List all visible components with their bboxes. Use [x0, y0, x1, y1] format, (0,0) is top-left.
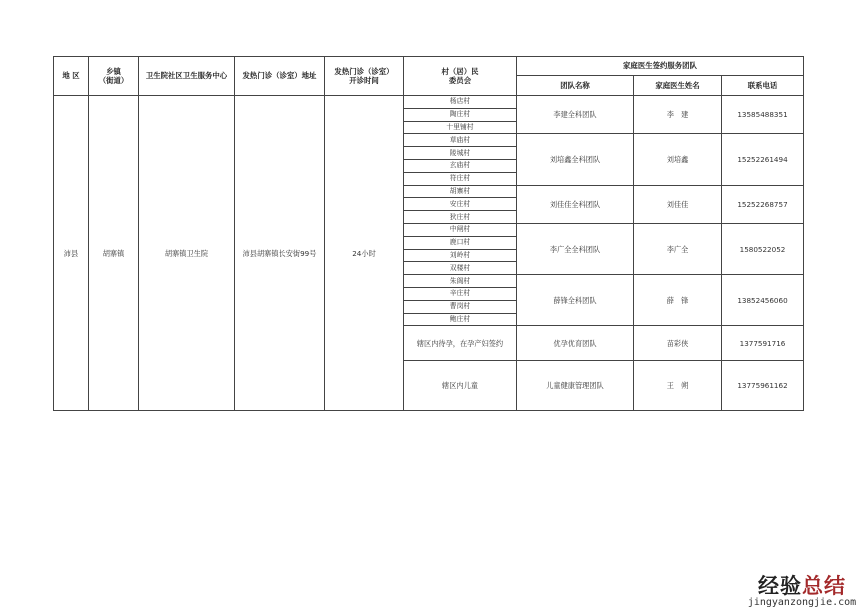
doctor-name-cell: 李 建 — [634, 96, 722, 134]
doctor-name-cell: 李广全 — [634, 223, 722, 274]
team-name-cell: 优孕优育团队 — [517, 326, 634, 361]
village-cell: 草庙村 — [404, 134, 517, 147]
header-village: 村（居）民 委员会 — [404, 57, 517, 96]
team-name-cell: 刘佳佳全科团队 — [517, 185, 634, 223]
doctor-name-cell: 苗彩侠 — [634, 326, 722, 361]
village-cell: 双楼村 — [404, 262, 517, 275]
phone-cell: 1377591716 — [722, 326, 804, 361]
watermark: 经验总结 jingyanzongjie.com — [742, 575, 862, 608]
village-cell: 安庄村 — [404, 198, 517, 211]
village-cell: 辛庄村 — [404, 287, 517, 300]
hospital-cell: 胡寨镇卫生院 — [139, 96, 235, 411]
village-cell: 杨店村 — [404, 96, 517, 109]
team-name-cell: 儿童健康管理团队 — [517, 361, 634, 411]
team-name-cell: 李建全科团队 — [517, 96, 634, 134]
village-cell: 中闸村 — [404, 223, 517, 236]
header-fever-address: 发热门诊（诊室）地址 — [235, 57, 325, 96]
header-township: 乡镇 （街道） — [89, 57, 139, 96]
village-cell: 曹岗村 — [404, 300, 517, 313]
phone-cell: 13775961162 — [722, 361, 804, 411]
village-cell: 胡寨村 — [404, 185, 517, 198]
fever-address-cell: 沛县胡寨镇长安街99号 — [235, 96, 325, 411]
header-fever-hours: 发热门诊（诊室） 开诊时间 — [325, 57, 404, 96]
village-cell: 鹿口村 — [404, 236, 517, 249]
header-team-name: 团队名称 — [517, 76, 634, 96]
village-cell: 符庄村 — [404, 172, 517, 185]
doctor-name-cell: 刘佳佳 — [634, 185, 722, 223]
village-cell: 辖区内儿童 — [404, 361, 517, 411]
phone-cell: 13852456060 — [722, 275, 804, 326]
village-cell: 刘岭村 — [404, 249, 517, 262]
village-cell: 朱阁村 — [404, 275, 517, 288]
team-name-cell: 薛锋全科团队 — [517, 275, 634, 326]
phone-cell: 13585488351 — [722, 96, 804, 134]
phone-cell: 1580522052 — [722, 223, 804, 274]
phone-cell: 15252261494 — [722, 134, 804, 185]
village-cell: 陵城村 — [404, 147, 517, 160]
doctor-name-cell: 薛 锋 — [634, 275, 722, 326]
header-region: 地 区 — [54, 57, 89, 96]
team-name-cell: 刘培鑫全科团队 — [517, 134, 634, 185]
family-doctor-table: 地 区 乡镇 （街道） 卫生院社区卫生服务中心 发热门诊（诊室）地址 发热门诊（… — [53, 56, 804, 411]
phone-cell: 15252268757 — [722, 185, 804, 223]
table-row: 沛县胡寨镇胡寨镇卫生院沛县胡寨镇长安街99号24小时杨店村李建全科团队李 建13… — [54, 96, 804, 109]
village-cell: 十里铺村 — [404, 121, 517, 134]
village-cell: 陶庄村 — [404, 108, 517, 121]
header-hospital: 卫生院社区卫生服务中心 — [139, 57, 235, 96]
header-doctor-name: 家庭医生姓名 — [634, 76, 722, 96]
watermark-url: jingyanzongjie.com — [742, 597, 862, 608]
region-cell: 沛县 — [54, 96, 89, 411]
township-cell: 胡寨镇 — [89, 96, 139, 411]
watermark-logo: 经验总结 — [742, 575, 862, 597]
doctor-name-cell: 刘培鑫 — [634, 134, 722, 185]
doctor-name-cell: 王 朔 — [634, 361, 722, 411]
team-name-cell: 李广全全科团队 — [517, 223, 634, 274]
fever-hours-cell: 24小时 — [325, 96, 404, 411]
village-cell: 玄庙村 — [404, 159, 517, 172]
header-team-group: 家庭医生签约服务团队 — [517, 57, 804, 76]
village-cell: 辖区内待孕，在孕产妇签约 — [404, 326, 517, 361]
village-cell: 鲍庄村 — [404, 313, 517, 326]
header-phone: 联系电话 — [722, 76, 804, 96]
village-cell: 狄庄村 — [404, 211, 517, 224]
